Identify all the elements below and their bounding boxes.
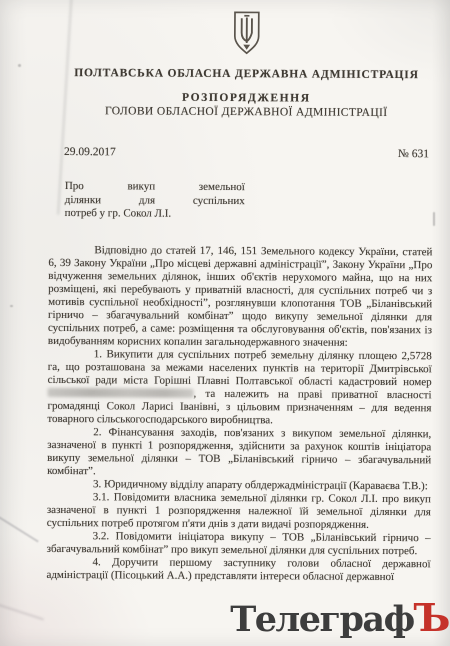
watermark-accent-letter: Ъ: [414, 596, 449, 641]
ukraine-trident-coat-of-arms-icon: [230, 10, 264, 62]
document-number: № 631: [398, 148, 429, 160]
document-date: 29.09.2017: [64, 146, 116, 158]
organization-name: ПОЛТАВСЬКА ОБЛАСНА ДЕРЖАВНА АДМІНІСТРАЦІ…: [41, 67, 450, 82]
subject-line: Про викуп земельної: [65, 180, 245, 195]
document-subtitle: ГОЛОВИ ОБЛАСНОЇ ДЕРЖАВНОЇ АДМІНІСТРАЦІЇ: [41, 105, 450, 120]
paragraph-1-text-before: 1. Викупити для суспільних потреб земель…: [48, 348, 432, 388]
redacted-cadastral-number: [48, 388, 194, 398]
subject-line: ділянки для суспільних: [65, 194, 245, 209]
paragraph-3-2: 3.2. Повідомити ініціатора викупу – ТОВ …: [47, 530, 431, 558]
paragraph-1: 1. Викупити для суспільних потреб земель…: [47, 348, 431, 428]
document-body: Відповідно до статей 17, 146, 151 Земель…: [46, 244, 432, 584]
telegraf-watermark-logo: ТелеграфЪ: [230, 600, 449, 639]
document-type-title: РОЗПОРЯДЖЕННЯ: [41, 91, 450, 106]
paragraph-3-1: 3.1. Повідомити власника земельної ділян…: [47, 491, 431, 532]
paragraph-intro: Відповідно до статей 17, 146, 151 Земель…: [48, 244, 433, 350]
scanned-document-page: ПОЛТАВСЬКА ОБЛАСНА ДЕРЖАВНА АДМІНІСТРАЦІ…: [0, 0, 450, 646]
paragraph-2: 2. Фінансування заходів, пов'язаних з ви…: [47, 426, 431, 480]
document-header: ПОЛТАВСЬКА ОБЛАСНА ДЕРЖАВНА АДМІНІСТРАЦІ…: [41, 0, 450, 119]
watermark-main-text: Телеграф: [230, 599, 413, 640]
subject-line: потреб у гр. Сокол Л.І.: [65, 207, 245, 222]
document-subject: Про викуп земельної ділянки для суспільн…: [65, 180, 245, 222]
paragraph-4: 4. Доручити першому заступнику голови об…: [46, 556, 430, 584]
document-content: ПОЛТАВСЬКА ОБЛАСНА ДЕРЖАВНА АДМІНІСТРАЦІ…: [0, 0, 450, 646]
document-meta-row: 29.09.2017 № 631: [64, 146, 429, 160]
